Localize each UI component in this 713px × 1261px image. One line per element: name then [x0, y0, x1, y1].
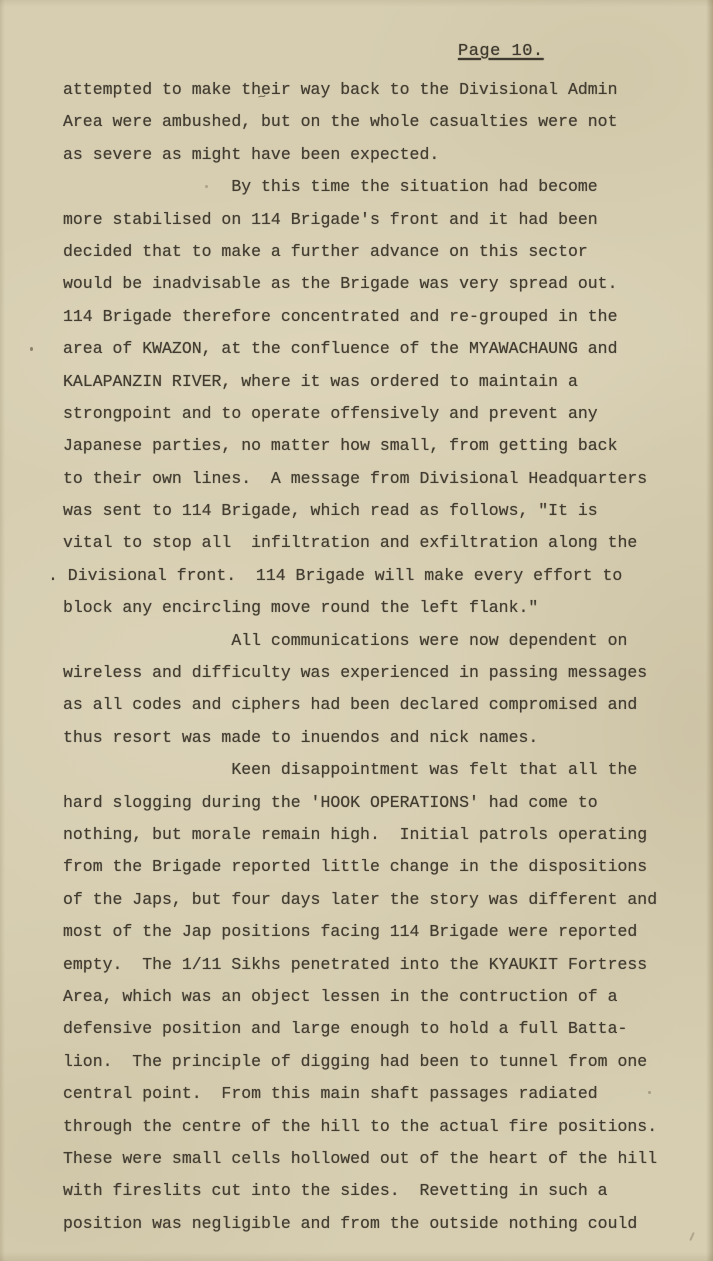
text-line: most of the Jap positions facing 114 Bri…: [63, 916, 683, 948]
text-line: All communications were now dependent on: [63, 625, 683, 657]
text-line: vital to stop all infiltration and exfil…: [63, 527, 683, 559]
text-line: . Divisional front. 114 Brigade will mak…: [63, 560, 683, 592]
text-line: empty. The 1/11 Sikhs penetrated into th…: [63, 949, 683, 981]
text-line: thus resort was made to inuendos and nic…: [63, 722, 683, 754]
text-line: strongpoint and to operate offensively a…: [63, 398, 683, 430]
text-line: as all codes and ciphers had been declar…: [63, 689, 683, 721]
text-line: as severe as might have been expected.: [63, 139, 683, 171]
text-line: lion. The principle of digging had been …: [63, 1046, 683, 1078]
text-line: 114 Brigade therefore concentrated and r…: [63, 301, 683, 333]
text-line: with fireslits cut into the sides. Revet…: [63, 1175, 683, 1207]
text-line: attempted to make their way back to the …: [63, 74, 683, 106]
text-line: to their own lines. A message from Divis…: [63, 463, 683, 495]
text-line: Japanese parties, no matter how small, f…: [63, 430, 683, 462]
text-line: would be inadvisable as the Brigade was …: [63, 268, 683, 300]
text-line: block any encircling move round the left…: [63, 592, 683, 624]
text-line: more stabilised on 114 Brigade's front a…: [63, 204, 683, 236]
text-line: By this time the situation had become: [63, 171, 683, 203]
text-line: was sent to 114 Brigade, which read as f…: [63, 495, 683, 527]
typewritten-text-block: attempted to make their way back to the …: [63, 74, 683, 1240]
ink-speck: [30, 347, 33, 351]
text-line: Area, which was an object lessen in the …: [63, 981, 683, 1013]
document-page: Page 10. attempted to make their way bac…: [0, 0, 713, 1261]
text-line: central point. From this main shaft pass…: [63, 1078, 683, 1110]
text-line: area of KWAZON, at the confluence of the…: [63, 333, 683, 365]
text-line: wireless and difficulty was experienced …: [63, 657, 683, 689]
text-line: nothing, but morale remain high. Initial…: [63, 819, 683, 851]
text-line: KALAPANZIN RIVER, where it was ordered t…: [63, 366, 683, 398]
text-line: position was negligible and from the out…: [63, 1208, 683, 1240]
text-line: Area were ambushed, but on the whole cas…: [63, 106, 683, 138]
page-number: Page 10.: [458, 42, 544, 61]
text-line: hard slogging during the 'HOOK OPERATION…: [63, 787, 683, 819]
text-line: from the Brigade reported little change …: [63, 851, 683, 883]
text-line: These were small cells hollowed out of t…: [63, 1143, 683, 1175]
text-line: decided that to make a further advance o…: [63, 236, 683, 268]
text-line: Keen disappointment was felt that all th…: [63, 754, 683, 786]
text-line: through the centre of the hill to the ac…: [63, 1111, 683, 1143]
text-line: of the Japs, but four days later the sto…: [63, 884, 683, 916]
text-line: defensive position and large enough to h…: [63, 1013, 683, 1045]
ink-speck: [689, 1232, 694, 1241]
